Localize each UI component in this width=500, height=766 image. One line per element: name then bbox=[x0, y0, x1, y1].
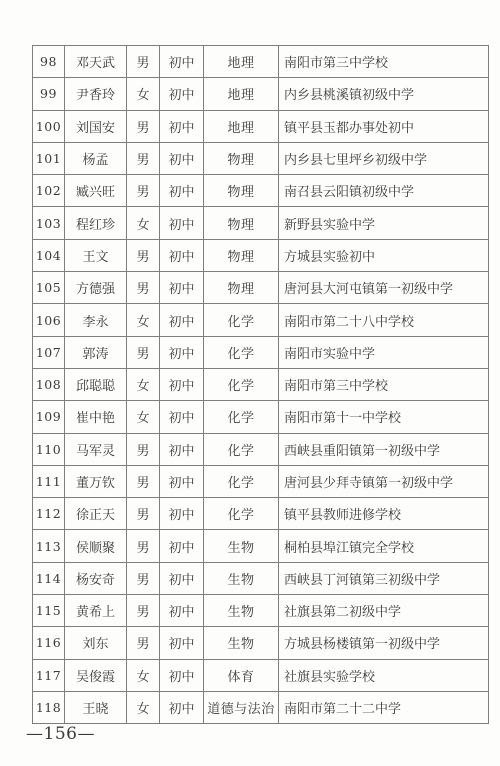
cell-school-level: 初中 bbox=[160, 401, 204, 433]
cell-teacher-name: 杨孟 bbox=[65, 142, 127, 174]
teacher-roster-table: 98 邓天武 男 初中 地理 南阳市第三中学校 99 尹香玲 女 初中 地理 内… bbox=[32, 45, 489, 724]
table-row: 100 刘国安 男 初中 地理 镇平县玉都办事处初中 bbox=[33, 110, 489, 142]
cell-school-level: 初中 bbox=[160, 175, 204, 207]
cell-serial-number: 108 bbox=[33, 368, 65, 400]
cell-serial-number: 100 bbox=[33, 110, 65, 142]
table-row: 98 邓天武 男 初中 地理 南阳市第三中学校 bbox=[33, 46, 489, 78]
page-number: —156— bbox=[26, 724, 95, 744]
cell-gender: 男 bbox=[127, 46, 160, 78]
cell-school-name: 社旗县第二初级中学 bbox=[279, 595, 489, 627]
teacher-roster-body: 98 邓天武 男 初中 地理 南阳市第三中学校 99 尹香玲 女 初中 地理 内… bbox=[33, 46, 489, 724]
cell-subject: 物理 bbox=[204, 239, 279, 271]
cell-gender: 男 bbox=[127, 433, 160, 465]
cell-school-level: 初中 bbox=[160, 142, 204, 174]
table-row: 114 杨安奇 男 初中 生物 西峡县丁河镇第三初级中学 bbox=[33, 562, 489, 594]
cell-school-name: 唐河县大河屯镇第一初级中学 bbox=[279, 272, 489, 304]
table-row: 109 崔中艳 女 初中 化学 南阳市第十一中学校 bbox=[33, 401, 489, 433]
cell-subject: 化学 bbox=[204, 433, 279, 465]
table-row: 107 郭涛 男 初中 化学 南阳市实验中学 bbox=[33, 336, 489, 368]
cell-gender: 女 bbox=[127, 304, 160, 336]
cell-teacher-name: 刘东 bbox=[65, 627, 127, 659]
cell-subject: 化学 bbox=[204, 498, 279, 530]
cell-subject: 地理 bbox=[204, 78, 279, 110]
cell-school-name: 方城县杨楼镇第一初级中学 bbox=[279, 627, 489, 659]
cell-gender: 女 bbox=[127, 659, 160, 691]
cell-teacher-name: 郭涛 bbox=[65, 336, 127, 368]
cell-subject: 化学 bbox=[204, 336, 279, 368]
cell-school-name: 方城县实验初中 bbox=[279, 239, 489, 271]
cell-subject: 物理 bbox=[204, 175, 279, 207]
cell-serial-number: 116 bbox=[33, 627, 65, 659]
cell-school-level: 初中 bbox=[160, 627, 204, 659]
table-row: 112 徐正天 男 初中 化学 镇平县教师进修学校 bbox=[33, 498, 489, 530]
cell-gender: 男 bbox=[127, 239, 160, 271]
cell-serial-number: 111 bbox=[33, 465, 65, 497]
cell-serial-number: 102 bbox=[33, 175, 65, 207]
table-row: 116 刘东 男 初中 生物 方城县杨楼镇第一初级中学 bbox=[33, 627, 489, 659]
cell-subject: 生物 bbox=[204, 595, 279, 627]
cell-serial-number: 110 bbox=[33, 433, 65, 465]
cell-gender: 男 bbox=[127, 498, 160, 530]
cell-subject: 生物 bbox=[204, 530, 279, 562]
cell-school-name: 桐柏县埠江镇完全学校 bbox=[279, 530, 489, 562]
cell-gender: 男 bbox=[127, 562, 160, 594]
cell-school-name: 内乡县桃溪镇初级中学 bbox=[279, 78, 489, 110]
cell-school-level: 初中 bbox=[160, 110, 204, 142]
cell-serial-number: 104 bbox=[33, 239, 65, 271]
cell-school-name: 西峡县重阳镇第一初级中学 bbox=[279, 433, 489, 465]
cell-subject: 生物 bbox=[204, 627, 279, 659]
cell-school-level: 初中 bbox=[160, 530, 204, 562]
cell-subject: 物理 bbox=[204, 272, 279, 304]
cell-school-level: 初中 bbox=[160, 368, 204, 400]
cell-subject: 生物 bbox=[204, 562, 279, 594]
cell-school-level: 初中 bbox=[160, 595, 204, 627]
cell-school-name: 南阳市第二十八中学校 bbox=[279, 304, 489, 336]
cell-school-level: 初中 bbox=[160, 207, 204, 239]
cell-school-level: 初中 bbox=[160, 659, 204, 691]
cell-teacher-name: 尹香玲 bbox=[65, 78, 127, 110]
cell-serial-number: 117 bbox=[33, 659, 65, 691]
cell-subject: 体育 bbox=[204, 659, 279, 691]
cell-teacher-name: 李永 bbox=[65, 304, 127, 336]
cell-gender: 女 bbox=[127, 207, 160, 239]
table-row: 108 邱聪聪 女 初中 化学 南阳市第三中学校 bbox=[33, 368, 489, 400]
table-row: 101 杨孟 男 初中 物理 内乡县七里坪乡初级中学 bbox=[33, 142, 489, 174]
cell-school-level: 初中 bbox=[160, 433, 204, 465]
cell-teacher-name: 刘国安 bbox=[65, 110, 127, 142]
cell-school-name: 南阳市第二十二中学 bbox=[279, 691, 489, 723]
cell-school-level: 初中 bbox=[160, 465, 204, 497]
cell-school-level: 初中 bbox=[160, 304, 204, 336]
cell-gender: 男 bbox=[127, 336, 160, 368]
cell-teacher-name: 王文 bbox=[65, 239, 127, 271]
cell-gender: 男 bbox=[127, 465, 160, 497]
table-row: 102 臧兴旺 男 初中 物理 南召县云阳镇初级中学 bbox=[33, 175, 489, 207]
cell-subject: 物理 bbox=[204, 142, 279, 174]
cell-gender: 男 bbox=[127, 142, 160, 174]
cell-serial-number: 118 bbox=[33, 691, 65, 723]
cell-teacher-name: 臧兴旺 bbox=[65, 175, 127, 207]
cell-school-name: 西峡县丁河镇第三初级中学 bbox=[279, 562, 489, 594]
cell-school-name: 社旗县实验学校 bbox=[279, 659, 489, 691]
cell-serial-number: 109 bbox=[33, 401, 65, 433]
table-row: 110 马军灵 男 初中 化学 西峡县重阳镇第一初级中学 bbox=[33, 433, 489, 465]
cell-subject: 道德与法治 bbox=[204, 691, 279, 723]
cell-subject: 地理 bbox=[204, 110, 279, 142]
cell-teacher-name: 程红珍 bbox=[65, 207, 127, 239]
table-row: 115 黄希上 男 初中 生物 社旗县第二初级中学 bbox=[33, 595, 489, 627]
cell-subject: 化学 bbox=[204, 304, 279, 336]
cell-gender: 男 bbox=[127, 175, 160, 207]
cell-teacher-name: 方德强 bbox=[65, 272, 127, 304]
cell-teacher-name: 杨安奇 bbox=[65, 562, 127, 594]
cell-serial-number: 105 bbox=[33, 272, 65, 304]
cell-gender: 女 bbox=[127, 691, 160, 723]
cell-school-name: 镇平县玉都办事处初中 bbox=[279, 110, 489, 142]
cell-school-level: 初中 bbox=[160, 78, 204, 110]
cell-school-level: 初中 bbox=[160, 336, 204, 368]
cell-gender: 女 bbox=[127, 368, 160, 400]
cell-teacher-name: 邓天武 bbox=[65, 46, 127, 78]
cell-gender: 女 bbox=[127, 401, 160, 433]
cell-subject: 地理 bbox=[204, 46, 279, 78]
cell-subject: 化学 bbox=[204, 401, 279, 433]
cell-school-name: 南阳市实验中学 bbox=[279, 336, 489, 368]
cell-teacher-name: 侯顺聚 bbox=[65, 530, 127, 562]
cell-teacher-name: 徐正天 bbox=[65, 498, 127, 530]
cell-serial-number: 98 bbox=[33, 46, 65, 78]
cell-school-name: 南阳市第十一中学校 bbox=[279, 401, 489, 433]
cell-school-level: 初中 bbox=[160, 272, 204, 304]
cell-school-name: 南召县云阳镇初级中学 bbox=[279, 175, 489, 207]
cell-serial-number: 112 bbox=[33, 498, 65, 530]
cell-subject: 物理 bbox=[204, 207, 279, 239]
cell-subject: 化学 bbox=[204, 465, 279, 497]
table-row: 105 方德强 男 初中 物理 唐河县大河屯镇第一初级中学 bbox=[33, 272, 489, 304]
cell-teacher-name: 邱聪聪 bbox=[65, 368, 127, 400]
table-row: 106 李永 女 初中 化学 南阳市第二十八中学校 bbox=[33, 304, 489, 336]
table-row: 113 侯顺聚 男 初中 生物 桐柏县埠江镇完全学校 bbox=[33, 530, 489, 562]
cell-school-level: 初中 bbox=[160, 46, 204, 78]
cell-school-level: 初中 bbox=[160, 691, 204, 723]
cell-school-level: 初中 bbox=[160, 498, 204, 530]
cell-serial-number: 107 bbox=[33, 336, 65, 368]
cell-school-name: 新野县实验中学 bbox=[279, 207, 489, 239]
cell-school-name: 唐河县少拜寺镇第一初级中学 bbox=[279, 465, 489, 497]
table-row: 117 吴俊霞 女 初中 体育 社旗县实验学校 bbox=[33, 659, 489, 691]
cell-gender: 男 bbox=[127, 530, 160, 562]
cell-school-name: 南阳市第三中学校 bbox=[279, 368, 489, 400]
cell-gender: 男 bbox=[127, 272, 160, 304]
cell-teacher-name: 董万钦 bbox=[65, 465, 127, 497]
cell-gender: 女 bbox=[127, 78, 160, 110]
cell-serial-number: 113 bbox=[33, 530, 65, 562]
table-row: 111 董万钦 男 初中 化学 唐河县少拜寺镇第一初级中学 bbox=[33, 465, 489, 497]
cell-serial-number: 114 bbox=[33, 562, 65, 594]
cell-teacher-name: 黄希上 bbox=[65, 595, 127, 627]
cell-teacher-name: 王晓 bbox=[65, 691, 127, 723]
cell-serial-number: 106 bbox=[33, 304, 65, 336]
cell-serial-number: 115 bbox=[33, 595, 65, 627]
cell-serial-number: 99 bbox=[33, 78, 65, 110]
cell-teacher-name: 崔中艳 bbox=[65, 401, 127, 433]
cell-school-name: 南阳市第三中学校 bbox=[279, 46, 489, 78]
table-row: 118 王晓 女 初中 道德与法治 南阳市第二十二中学 bbox=[33, 691, 489, 723]
cell-teacher-name: 马军灵 bbox=[65, 433, 127, 465]
cell-gender: 男 bbox=[127, 595, 160, 627]
cell-school-level: 初中 bbox=[160, 562, 204, 594]
document-page: 98 邓天武 男 初中 地理 南阳市第三中学校 99 尹香玲 女 初中 地理 内… bbox=[0, 0, 500, 766]
table-row: 103 程红珍 女 初中 物理 新野县实验中学 bbox=[33, 207, 489, 239]
cell-school-name: 镇平县教师进修学校 bbox=[279, 498, 489, 530]
cell-school-level: 初中 bbox=[160, 239, 204, 271]
cell-teacher-name: 吴俊霞 bbox=[65, 659, 127, 691]
cell-gender: 男 bbox=[127, 627, 160, 659]
cell-subject: 化学 bbox=[204, 368, 279, 400]
table-row: 99 尹香玲 女 初中 地理 内乡县桃溪镇初级中学 bbox=[33, 78, 489, 110]
table-row: 104 王文 男 初中 物理 方城县实验初中 bbox=[33, 239, 489, 271]
cell-serial-number: 101 bbox=[33, 142, 65, 174]
cell-gender: 男 bbox=[127, 110, 160, 142]
cell-school-name: 内乡县七里坪乡初级中学 bbox=[279, 142, 489, 174]
cell-serial-number: 103 bbox=[33, 207, 65, 239]
